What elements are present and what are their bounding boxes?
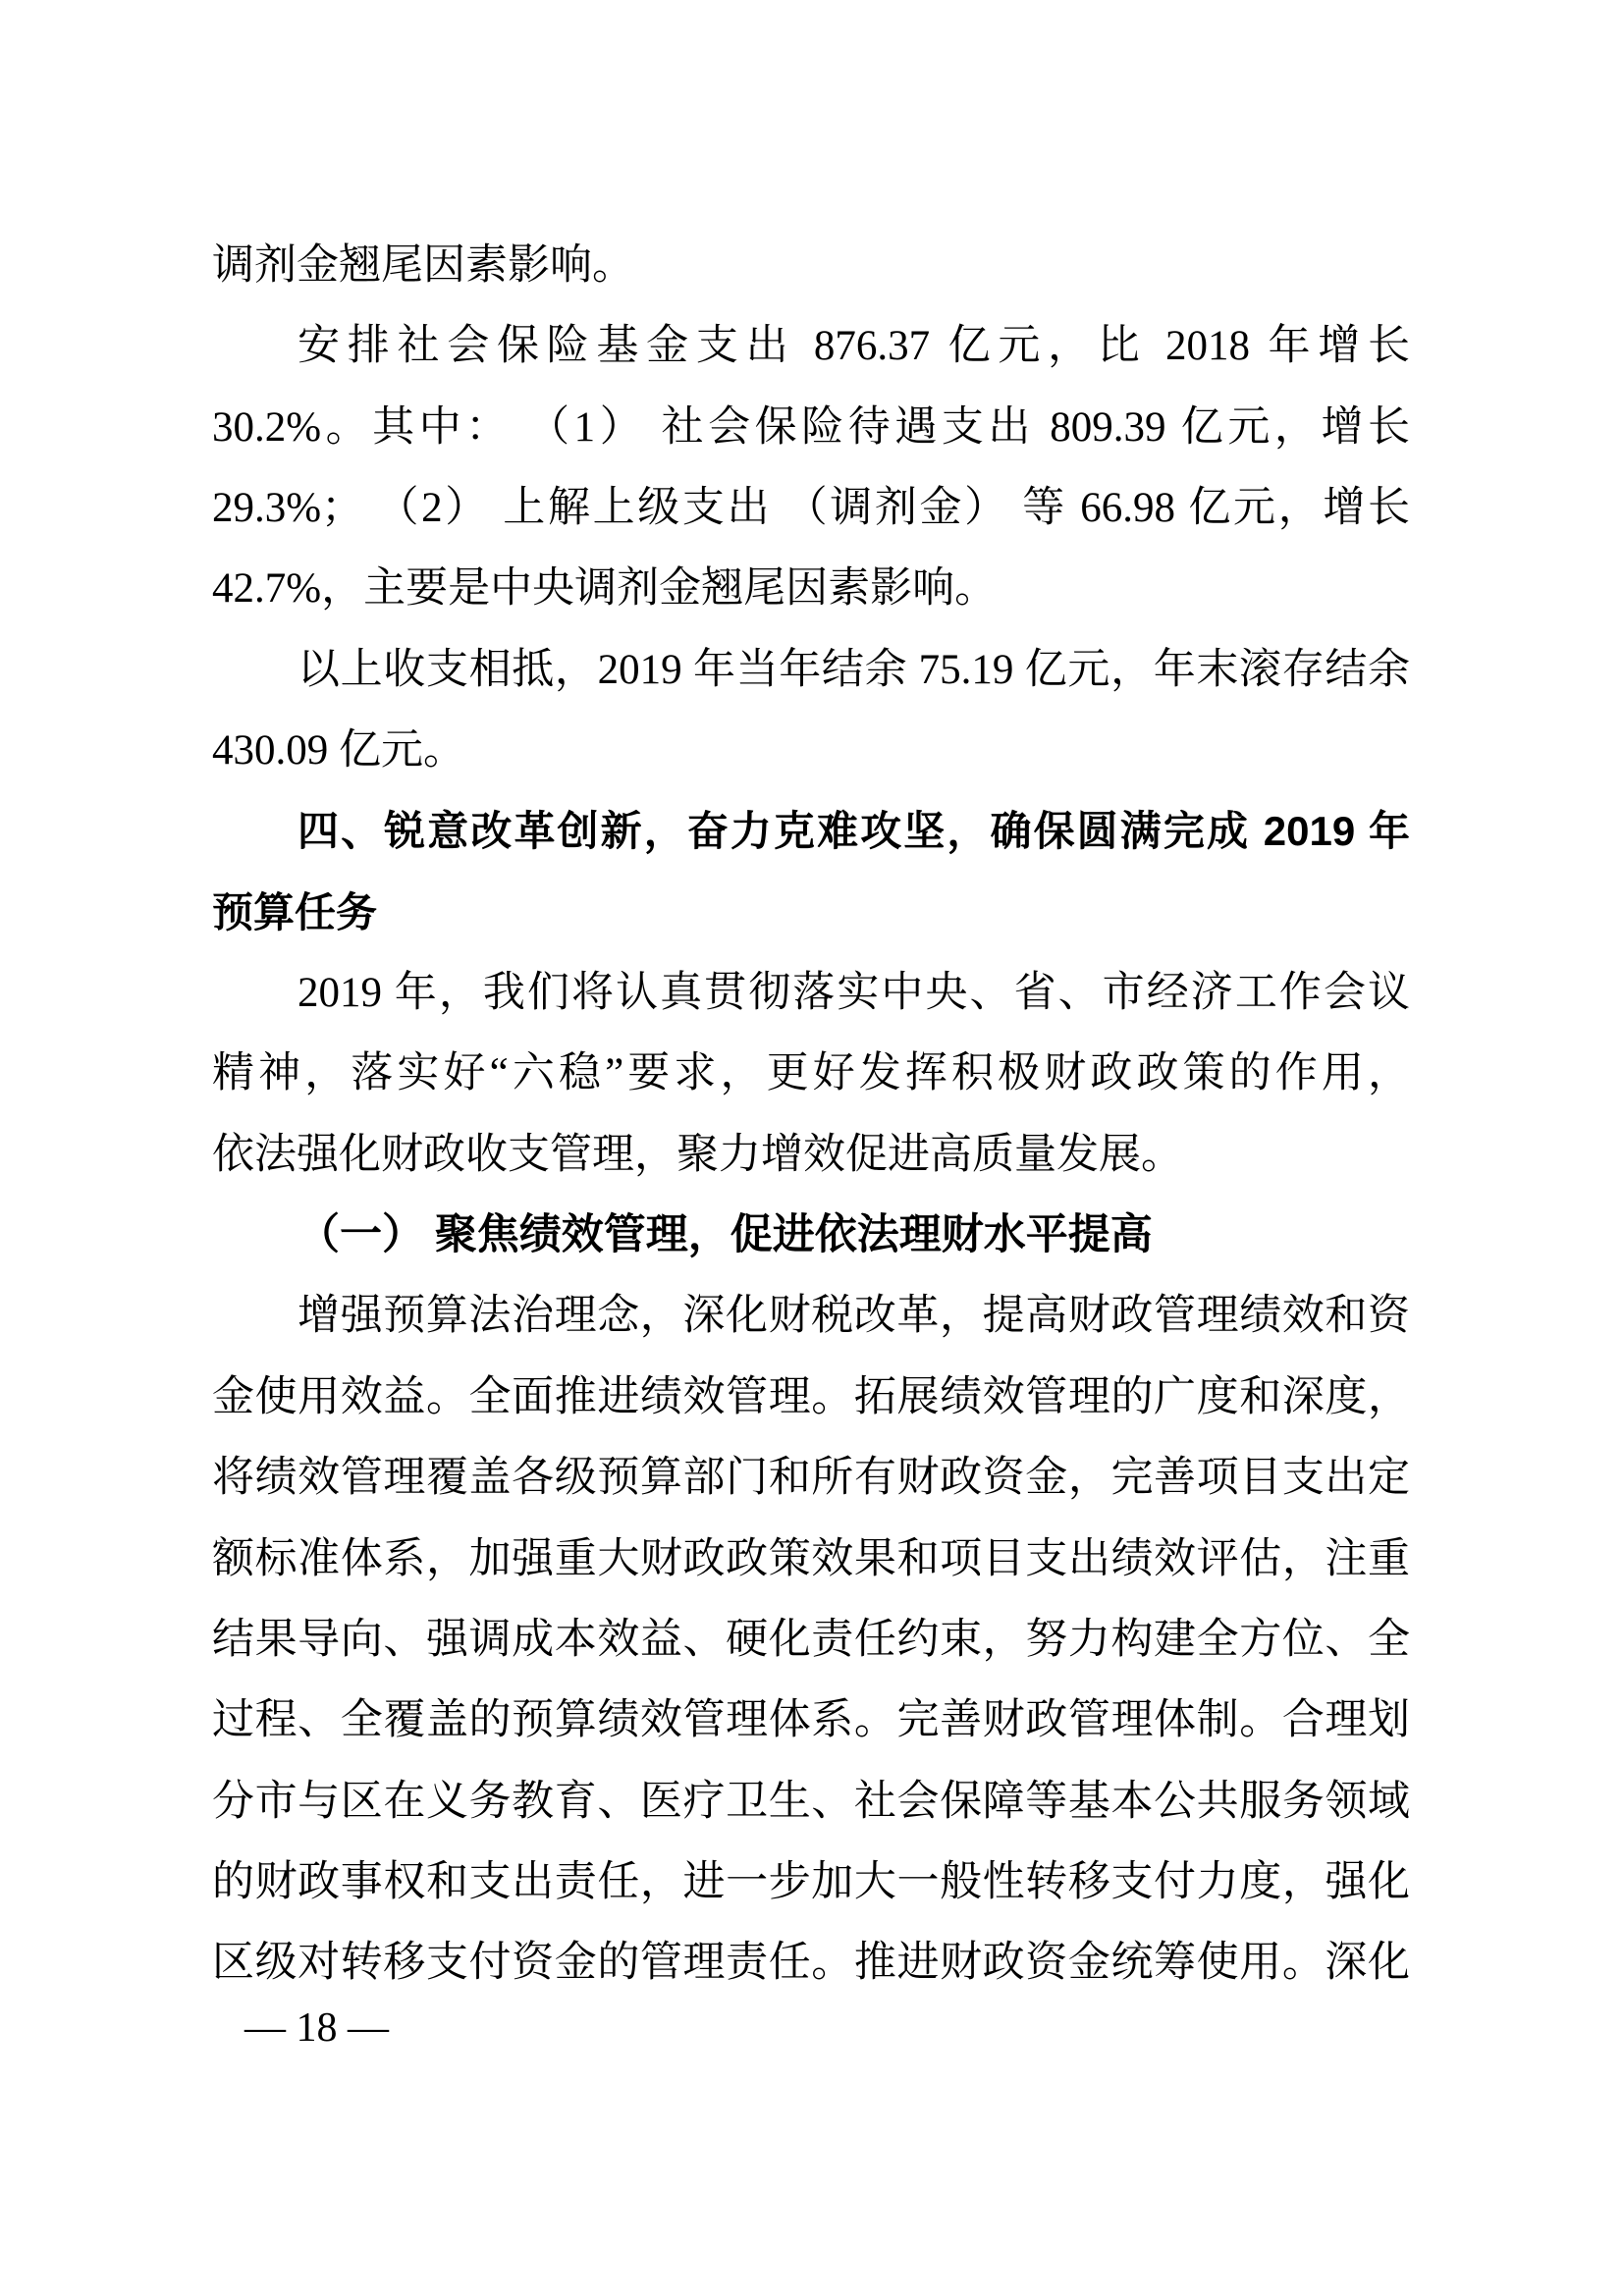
body-text-line: 430.09 亿元。 bbox=[212, 711, 1410, 791]
body-text-line: 以上收支相抵，2019 年当年结余 75.19 亿元，年末滚存结余 bbox=[212, 630, 1410, 711]
body-text-line: 42.7%，主要是中央调剂金翘尾因素影响。 bbox=[212, 549, 1410, 629]
body-text-line: 29.3%； （2） 上解上级支出 （调剂金） 等 66.98 亿元，增长 bbox=[212, 468, 1410, 549]
body-text-line: 区级对转移支付资金的管理责任。推进财政资金统筹使用。深化 bbox=[212, 1923, 1410, 2003]
section-heading-line: 四、锐意改革创新，奋力克难攻坚，确保圆满完成 2019 年 bbox=[212, 791, 1410, 872]
body-text-line: 30.2%。其中： （1） 社会保险待遇支出 809.39 亿元，增长 bbox=[212, 388, 1410, 468]
body-text-line: 分市与区在义务教育、医疗卫生、社会保障等基本公共服务领域 bbox=[212, 1762, 1410, 1842]
page-number: — 18 — bbox=[244, 2002, 389, 2054]
body-text-line: 结果导向、强调成本效益、硬化责任约束，努力构建全方位、全 bbox=[212, 1600, 1410, 1681]
body-text-line: 过程、全覆盖的预算绩效管理体系。完善财政管理体制。合理划 bbox=[212, 1681, 1410, 1761]
body-text-line: 额标准体系，加强重大财政政策效果和项目支出绩效评估，注重 bbox=[212, 1520, 1410, 1600]
body-text-line: 将绩效管理覆盖各级预算部门和所有财政资金，完善项目支出定 bbox=[212, 1438, 1410, 1519]
body-text-line: 2019 年，我们将认真贯彻落实中央、省、市经济工作会议 bbox=[212, 953, 1410, 1034]
body-text-line: 的财政事权和支出责任，进一步加大一般性转移支付力度，强化 bbox=[212, 1842, 1410, 1923]
body-text-line: 金使用效益。全面推进绩效管理。拓展绩效管理的广度和深度， bbox=[212, 1358, 1410, 1438]
body-text-line: 依法强化财政收支管理，聚力增效促进高质量发展。 bbox=[212, 1115, 1410, 1196]
page-body-text: 调剂金翘尾因素影响。 安排社会保险基金支出 876.37 亿元，比 2018 年… bbox=[212, 226, 1410, 2004]
document-page: 调剂金翘尾因素影响。 安排社会保险基金支出 876.37 亿元，比 2018 年… bbox=[0, 0, 1623, 2296]
body-text-line: 增强预算法治理念，深化财税改革，提高财政管理绩效和资 bbox=[212, 1276, 1410, 1357]
body-text-line: 精神，落实好“六稳”要求，更好发挥积极财政政策的作用， bbox=[212, 1034, 1410, 1114]
body-text-line: 安排社会保险基金支出 876.37 亿元，比 2018 年增长 bbox=[212, 306, 1410, 387]
subsection-heading-line: （一） 聚焦绩效管理，促进依法理财水平提高 bbox=[212, 1196, 1410, 1276]
body-text-line: 调剂金翘尾因素影响。 bbox=[212, 226, 1410, 306]
section-heading-line: 预算任务 bbox=[212, 873, 1410, 953]
